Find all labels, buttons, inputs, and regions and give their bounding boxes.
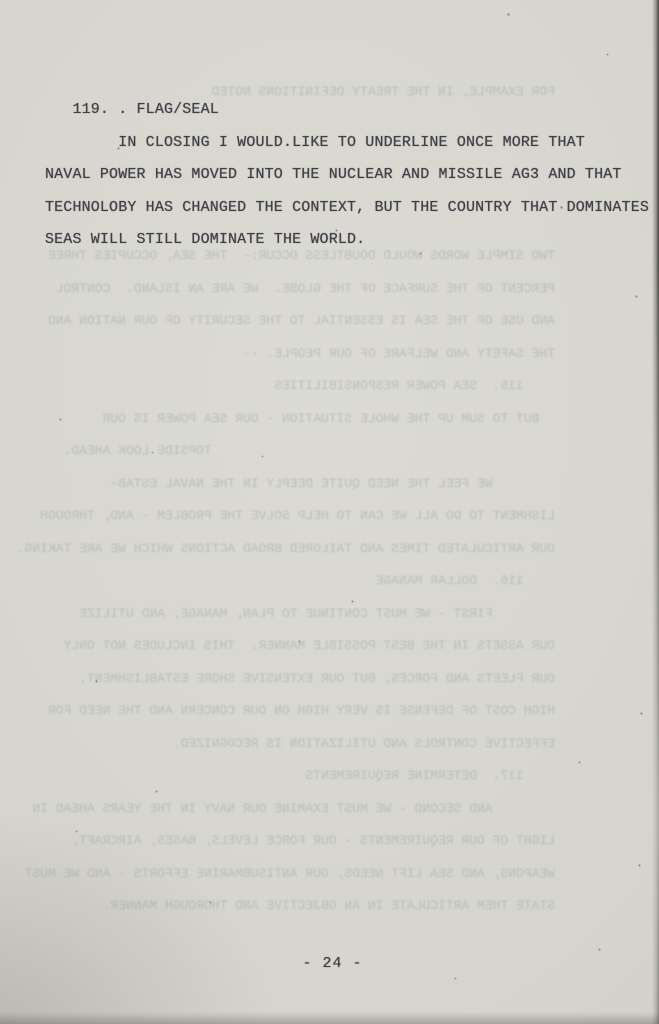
- text-line: AND SECOND - WE MUST EXAMINE OUR NAVY IN…: [0, 793, 555, 826]
- scan-edge-right-shadow: [652, 0, 659, 1024]
- text-line: AND USE OF THE SEA IS ESSENTIAL TO THE S…: [0, 305, 555, 338]
- text-line: OUR FLEETS AND FORCES, BUT OUR EXTENSIVE…: [0, 663, 555, 696]
- page-number: - 24 -: [3, 955, 659, 972]
- text-line: TECHNOLOBY HAS CHANGED THE CONTEXT, BUT …: [45, 192, 659, 225]
- scanned-document-page: FOR EXAMPLE, IN THE TREATY DEFINITIONS N…: [0, 0, 659, 1024]
- text-line: STATE THEM ARTICULATE IN AN OBJECTIVE AN…: [0, 890, 555, 923]
- text-line: EFFECTIVE CONTROLS AND UTILIZATION IS RE…: [0, 728, 555, 761]
- paragraph: IN CLOSING I WOULD.LIKE TO UNDERLINE ONC…: [45, 127, 659, 257]
- text-line: THE SAFETY AND WELFARE OF OUR PEOPLE. --: [0, 338, 555, 371]
- text-line: 115. SEA POWER RESPONSIBILITIES: [0, 370, 555, 403]
- text-line: WE FEEL THE NEED QUITE DEEPLY IN THE NAV…: [0, 468, 555, 501]
- scan-edge-bottom-shadow: [0, 1012, 659, 1024]
- text-line: TOPSIDE LOOK AHEAD.: [0, 435, 555, 468]
- text-line: FIRST - WE MUST CONTINUE TO PLAN, MANAGE…: [0, 598, 555, 631]
- text-line: OUR ASSETS IN THE BEST POSSIBLE MANNER. …: [0, 630, 555, 663]
- text-line: PERCENT OF THE SURFACE OF THE GLOBE. WE …: [0, 273, 555, 306]
- section-heading: 119. . FLAG/SEAL: [45, 94, 659, 127]
- bleed-through-text-block: TWO SIMPLE WORDS WOULD DOUBTLESS OCCUR:-…: [0, 240, 555, 923]
- text-line: LIGHT OF OUR REQUIREMENTS - OUR FORCE LE…: [0, 825, 555, 858]
- text-line: OUR ARTICULATED TIMES AND TAILORED BROAD…: [0, 533, 555, 566]
- text-line: SEAS WILL STILL DOMINATE THE WORLD.: [45, 224, 659, 257]
- text-line: WEAPONS, AND SEA LIFT NEEDS, OUR ANTISUB…: [0, 858, 555, 891]
- text-line: NAVAL POWER HAS MOVED INTO THE NUCLEAR A…: [45, 159, 659, 192]
- paper-speckles: [0, 0, 1, 1]
- typewritten-text: 119. . FLAG/SEAL IN CLOSING I WOULD.LIKE…: [45, 94, 659, 257]
- text-line: LISHMENT TO DO ALL WE CAN TO HELP SOLVE …: [0, 500, 555, 533]
- text-line: HIGH COST OF DEFENSE IS VERY HIGH ON OUR…: [0, 695, 555, 728]
- text-line: 117. DETERMINE REQUIREMENTS: [0, 760, 555, 793]
- text-line: 116. DOLLAR MANAGE: [0, 565, 555, 598]
- text-line: IN CLOSING I WOULD.LIKE TO UNDERLINE ONC…: [45, 127, 659, 160]
- text-line: BUT TO SUM UP THE WHOLE SITUATION - OUR …: [0, 403, 555, 436]
